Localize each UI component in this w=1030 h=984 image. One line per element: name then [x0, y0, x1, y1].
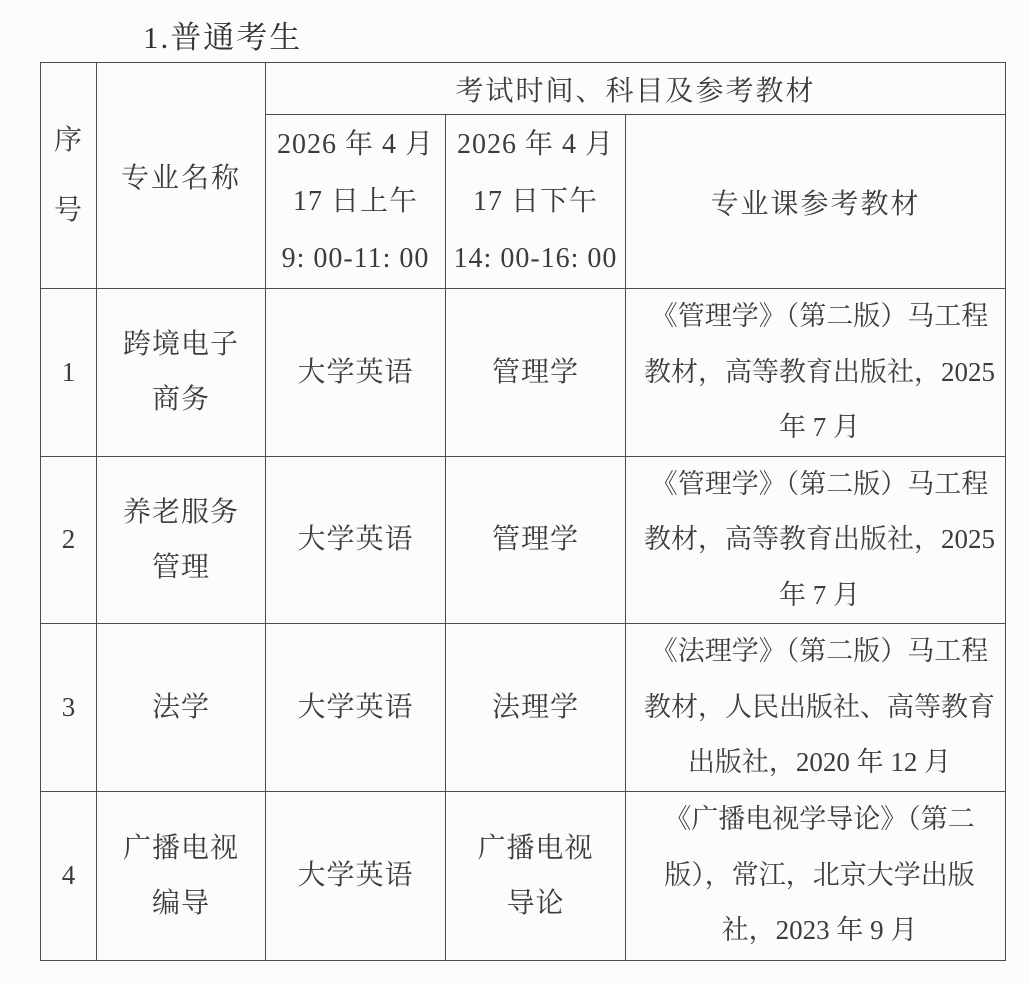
morning-subject-cell: 大学英语: [266, 289, 446, 457]
afternoon-date-line: 2026 年 4 月: [448, 116, 623, 173]
table-row: 2 养老服务管理 大学英语 管理学 《管理学》（第二版）马工程教材，高等教育出版…: [41, 456, 1006, 624]
afternoon-subject-cell: 管理学: [446, 456, 626, 624]
materials-cell: 《管理学》（第二版）马工程教材，高等教育出版社，2025 年 7 月: [626, 289, 1006, 457]
afternoon-subject-cell: 广播电视导论: [446, 791, 626, 960]
major-name-cell: 法学: [97, 624, 266, 792]
materials-cell: 《广播电视学导论》（第二版），常江，北京大学出版社，2023 年 9 月: [626, 791, 1006, 960]
afternoon-time-line: 14: 00-16: 00: [448, 230, 623, 287]
row-number-cell: 1: [41, 289, 97, 457]
major-name-cell: 广播电视编导: [97, 791, 266, 960]
header-cell-morning-session: 2026 年 4 月 17 日上午 9: 00-11: 00: [266, 115, 446, 289]
morning-subject-cell: 大学英语: [266, 456, 446, 624]
header-cell-major-name: 专业名称: [97, 63, 266, 289]
header-cell-exam-group: 考试时间、科目及参考教材: [266, 63, 1006, 115]
row-number-cell: 3: [41, 624, 97, 792]
section-title: 1.普通考生: [143, 12, 302, 57]
table-row: 3 法学 大学英语 法理学 《法理学》（第二版）马工程教材，人民出版社、高等教育…: [41, 624, 1006, 792]
major-name-cell: 跨境电子商务: [97, 289, 266, 457]
materials-cell: 《管理学》（第二版）马工程教材，高等教育出版社，2025 年 7 月: [626, 456, 1006, 624]
afternoon-subject-cell: 法理学: [446, 624, 626, 792]
row-number-cell: 4: [41, 791, 97, 960]
row-number-cell: 2: [41, 456, 97, 624]
exam-schedule-table: 序号 专业名称 考试时间、科目及参考教材 2026 年 4 月 17 日上午 9…: [40, 62, 1006, 961]
table-row: 4 广播电视编导 大学英语 广播电视导论 《广播电视学导论》（第二版），常江，北…: [41, 791, 1006, 960]
header-cell-reference-materials: 专业课参考教材: [626, 115, 1006, 289]
afternoon-subject-cell: 管理学: [446, 289, 626, 457]
materials-cell: 《法理学》（第二版）马工程教材，人民出版社、高等教育出版社，2020 年 12 …: [626, 624, 1006, 792]
morning-day-line: 17 日上午: [268, 173, 443, 230]
afternoon-day-line: 17 日下午: [448, 173, 623, 230]
scanned-document-page: 1.普通考生 序号 专业名称 考试时间、科目及参考教材 2026 年 4 月 1…: [0, 0, 1030, 984]
table-row: 1 跨境电子商务 大学英语 管理学 《管理学》（第二版）马工程教材，高等教育出版…: [41, 289, 1006, 457]
morning-subject-cell: 大学英语: [266, 791, 446, 960]
header-cell-afternoon-session: 2026 年 4 月 17 日下午 14: 00-16: 00: [446, 115, 626, 289]
major-name-cell: 养老服务管理: [97, 456, 266, 624]
header-row-top: 序号 专业名称 考试时间、科目及参考教材: [41, 63, 1006, 115]
morning-subject-cell: 大学英语: [266, 624, 446, 792]
morning-date-line: 2026 年 4 月: [268, 116, 443, 173]
morning-time-line: 9: 00-11: 00: [268, 230, 443, 287]
header-cell-index: 序号: [41, 63, 97, 289]
